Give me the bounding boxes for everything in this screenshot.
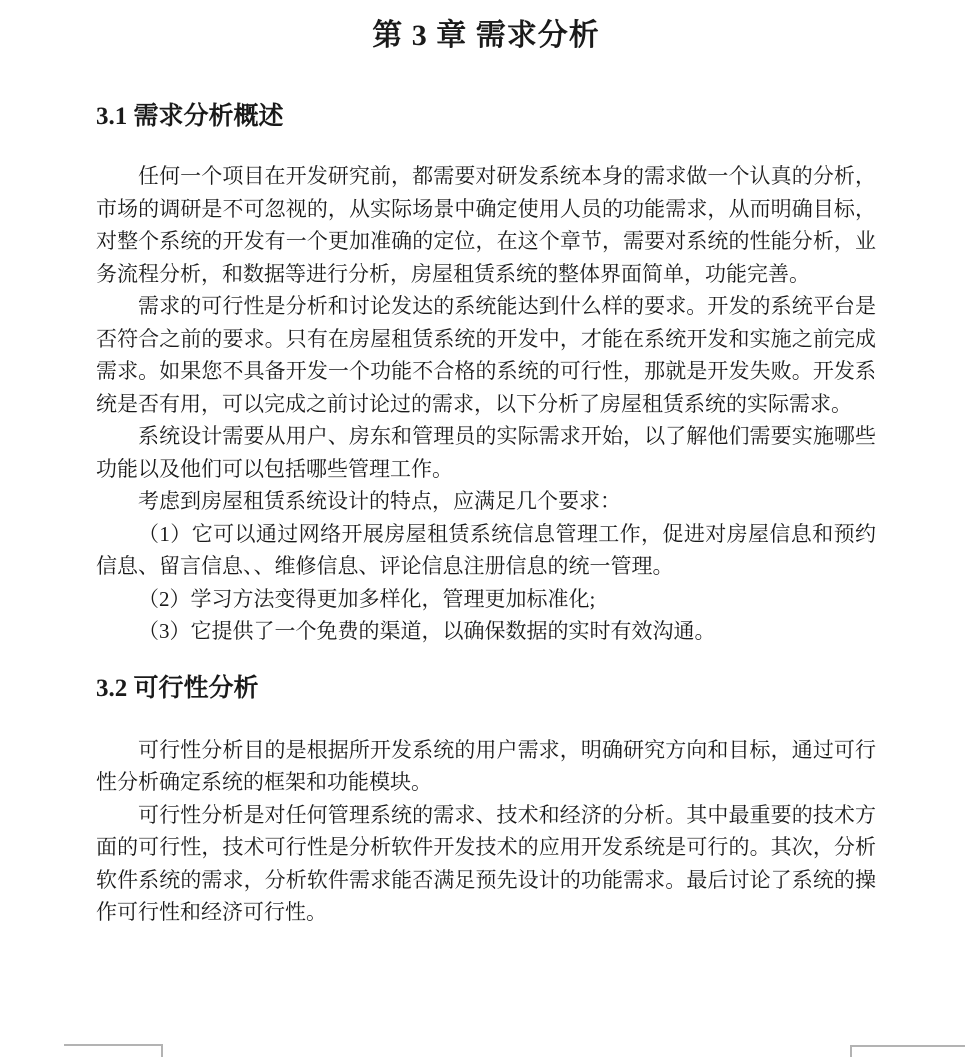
paragraph: 可行性分析是对任何管理系统的需求、技术和经济的分析。其中最重要的技术方面的可行性… [96, 799, 876, 929]
document-page: 第 3 章 需求分析 3.1 需求分析概述 任何一个项目在开发研究前，都需要对研… [0, 0, 971, 1057]
list-item-2: （2）学习方法变得更加多样化，管理更加标准化; [96, 583, 876, 616]
section-heading-3-1: 3.1 需求分析概述 [96, 100, 876, 134]
paragraph: 系统设计需要从用户、房东和管理员的实际需求开始，以了解他们需要实施哪些功能以及他… [96, 420, 876, 485]
text-boundary-corner-mark-right [850, 1045, 965, 1057]
paragraph: 需求的可行性是分析和讨论发达的系统能达到什么样的要求。开发的系统平台是否符合之前… [96, 290, 876, 420]
list-item-1: （1）它可以通过网络开展房屋租赁系统信息管理工作，促进对房屋信息和预约信息、留言… [96, 518, 876, 583]
paragraph: 可行性分析目的是根据所开发系统的用户需求，明确研究方向和目标，通过可行性分析确定… [96, 734, 876, 799]
section-requirements-overview: 3.1 需求分析概述 任何一个项目在开发研究前，都需要对研发系统本身的需求做一个… [96, 100, 876, 648]
chapter-title: 第 3 章 需求分析 [96, 14, 876, 58]
text-boundary-corner-mark-left [64, 1044, 163, 1057]
list-item-3: （3）它提供了一个免费的渠道，以确保数据的实时有效沟通。 [96, 615, 876, 648]
section-heading-3-2: 3.2 可行性分析 [96, 672, 876, 706]
paragraph: 任何一个项目在开发研究前，都需要对研发系统本身的需求做一个认真的分析，市场的调研… [96, 160, 876, 290]
paragraph: 考虑到房屋租赁系统设计的特点，应满足几个要求： [96, 485, 876, 518]
section-feasibility-analysis: 3.2 可行性分析 可行性分析目的是根据所开发系统的用户需求，明确研究方向和目标… [96, 672, 876, 929]
